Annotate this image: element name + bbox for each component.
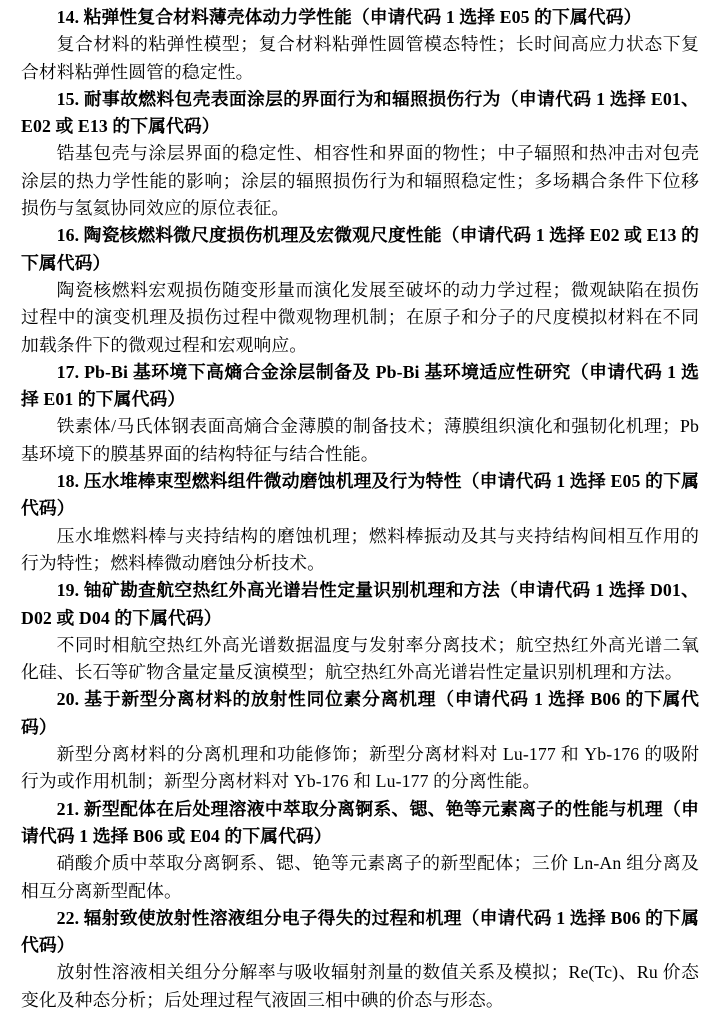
item-19-heading: 19. 铀矿勘查航空热红外高光谱岩性定量识别机理和方法（申请代码 1 选择 D0…: [21, 577, 699, 632]
item-20-heading: 20. 基于新型分离材料的放射性同位素分离机理（申请代码 1 选择 B06 的下…: [21, 686, 699, 741]
item-16-heading: 16. 陶瓷核燃料微尺度损伤机理及宏微观尺度性能（申请代码 1 选择 E02 或…: [21, 222, 699, 277]
item-17-body: 铁素体/马氏体钢表面高熵合金薄膜的制备技术；薄膜组织演化和强韧化机理；Pb 基环…: [21, 413, 699, 468]
document-page: 14. 粘弹性复合材料薄壳体动力学性能（申请代码 1 选择 E05 的下属代码）…: [0, 0, 720, 1015]
item-18-body: 压水堆燃料棒与夹持结构的磨蚀机理；燃料棒振动及其与夹持结构间相互作用的行为特性；…: [21, 523, 699, 578]
item-21-heading: 21. 新型配体在后处理溶液中萃取分离锕系、锶、铯等元素离子的性能与机理（申请代…: [21, 796, 699, 851]
item-17-heading: 17. Pb-Bi 基环境下高熵合金涂层制备及 Pb-Bi 基环境适应性研究（申…: [21, 359, 699, 414]
item-16-body: 陶瓷核燃料宏观损伤随变形量而演化发展至破坏的动力学过程；微观缺陷在损伤过程中的演…: [21, 277, 699, 359]
item-22-heading: 22. 辐射致使放射性溶液组分电子得失的过程和机理（申请代码 1 选择 B06 …: [21, 905, 699, 960]
item-14-body: 复合材料的粘弹性模型；复合材料粘弹性圆管模态特性；长时间高应力状态下复合材料粘弹…: [21, 31, 699, 86]
item-14-heading: 14. 粘弹性复合材料薄壳体动力学性能（申请代码 1 选择 E05 的下属代码）: [21, 4, 699, 31]
item-18-heading: 18. 压水堆棒束型燃料组件微动磨蚀机理及行为特性（申请代码 1 选择 E05 …: [21, 468, 699, 523]
item-15-heading: 15. 耐事故燃料包壳表面涂层的界面行为和辐照损伤行为（申请代码 1 选择 E0…: [21, 86, 699, 141]
item-22-body: 放射性溶液相关组分分解率与吸收辐射剂量的数值关系及模拟；Re(Tc)、Ru 价态…: [21, 959, 699, 1014]
item-19-body: 不同时相航空热红外高光谱数据温度与发射率分离技术；航空热红外高光谱二氧化硅、长石…: [21, 632, 699, 687]
item-21-body: 硝酸介质中萃取分离锕系、锶、铯等元素离子的新型配体；三价 Ln-An 组分离及相…: [21, 850, 699, 905]
item-15-body: 锆基包壳与涂层界面的稳定性、相容性和界面的物性；中子辐照和热冲击对包壳涂层的热力…: [21, 140, 699, 222]
item-20-body: 新型分离材料的分离机理和功能修饰；新型分离材料对 Lu-177 和 Yb-176…: [21, 741, 699, 796]
